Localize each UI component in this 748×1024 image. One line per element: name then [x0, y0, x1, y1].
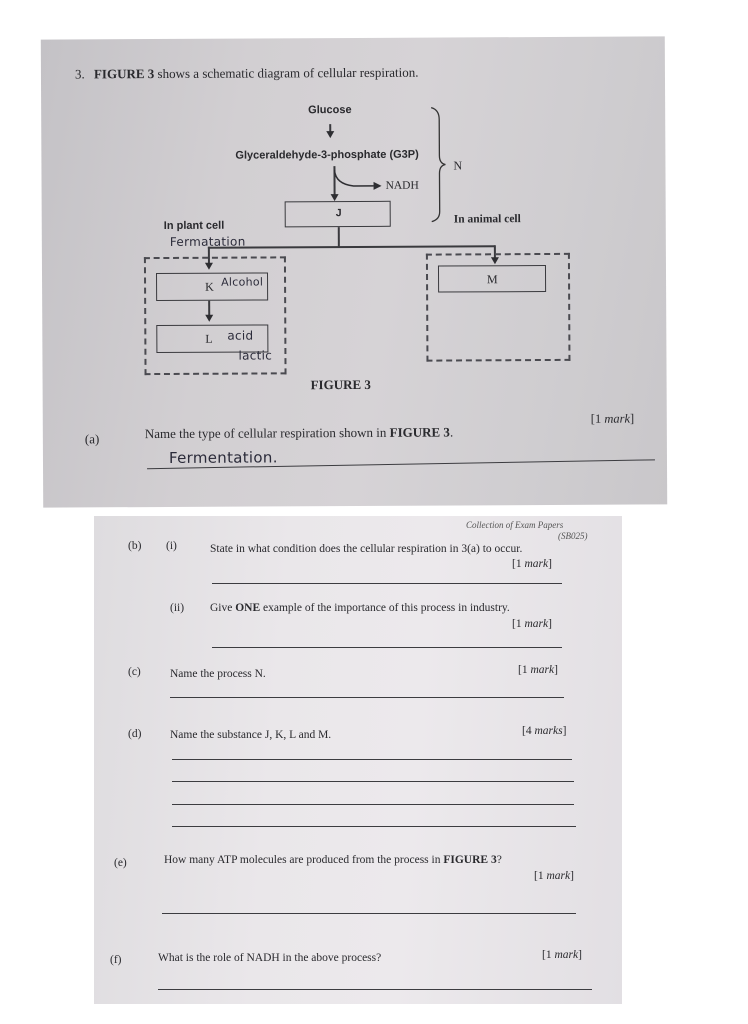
- part-a-text: Name the type of cellular respiration sh…: [145, 425, 390, 441]
- nadh-label: NADH: [386, 180, 419, 192]
- part-f-label: (f): [110, 954, 122, 966]
- part-a-handwritten-answer: Fermentation.: [169, 448, 278, 467]
- nadh-branch-arrow: [333, 168, 383, 192]
- part-b-i-answer-line[interactable]: [212, 583, 562, 584]
- part-c-question: Name the process N.: [170, 668, 266, 680]
- part-a-question: Name the type of cellular respiration sh…: [145, 424, 453, 442]
- part-b-i-question: State in what condition does the cellula…: [210, 543, 522, 555]
- part-b-i-label: (i): [166, 540, 177, 552]
- exam-photo-bottom: Collection of Exam Papers (SB025) (b) (i…: [94, 516, 622, 1004]
- box-j: J: [285, 201, 391, 228]
- bracket-n: [429, 105, 454, 223]
- part-c-marks: [1 mark]: [518, 664, 558, 676]
- part-b-label: (b): [128, 540, 141, 552]
- part-a-text-end: .: [450, 424, 453, 439]
- part-e-marks: [1 mark]: [534, 870, 574, 882]
- part-d-answer-line-4[interactable]: [172, 826, 576, 827]
- part-a-label: (a): [85, 431, 100, 447]
- part-b-ii-label: (ii): [170, 602, 184, 614]
- j-down-line: [338, 227, 340, 247]
- part-b-i-marks: [1 mark]: [512, 558, 552, 570]
- handwritten-lactic-note: lactic: [238, 348, 272, 362]
- part-e-question: How many ATP molecules are produced from…: [164, 854, 502, 866]
- figure-ref: FIGURE 3: [94, 66, 154, 81]
- box-l-label: L: [205, 332, 212, 347]
- header-collection: Collection of Exam Papers: [466, 520, 563, 530]
- figure-caption: FIGURE 3: [311, 377, 371, 393]
- arrow-glucose-head: [326, 131, 334, 138]
- part-a-figure-ref: FIGURE 3: [390, 425, 450, 440]
- plant-cell-label: In plant cell: [164, 220, 225, 232]
- question-number: 3.: [75, 66, 85, 81]
- part-f-marks: [1 mark]: [542, 949, 582, 961]
- part-d-answer-line-1[interactable]: [172, 759, 572, 760]
- part-d-answer-line-3[interactable]: [172, 804, 574, 805]
- part-b-ii-answer-line[interactable]: [212, 647, 562, 648]
- box-k-label: K: [205, 280, 214, 295]
- respiration-diagram: Glucose Glyceraldehyde-3-phosphate (G3P)…: [41, 36, 665, 39]
- part-a-marks: [1 mark]: [591, 412, 634, 427]
- part-d-label: (d): [128, 728, 141, 740]
- box-k: K Alcohol: [156, 272, 268, 301]
- box-m-label: M: [487, 272, 498, 287]
- branch-horizontal-line: [208, 245, 495, 248]
- glucose-label: Glucose: [308, 104, 351, 116]
- part-d-marks: [4 marks]: [522, 725, 566, 737]
- part-c-label: (c): [128, 666, 141, 678]
- part-e-label: (e): [114, 857, 127, 869]
- part-f-question: What is the role of NADH in the above pr…: [158, 952, 381, 964]
- handwritten-k-note: Alcohol: [221, 275, 263, 288]
- box-m: M: [438, 265, 546, 293]
- part-b-ii-marks: [1 mark]: [512, 618, 552, 630]
- part-f-answer-line[interactable]: [158, 989, 592, 990]
- bracket-n-label: N: [453, 158, 462, 173]
- question-intro: 3. FIGURE 3 shows a schematic diagram of…: [75, 65, 419, 83]
- animal-cell-label: In animal cell: [454, 213, 521, 225]
- exam-photo-top: 3. FIGURE 3 shows a schematic diagram of…: [41, 36, 667, 507]
- part-c-answer-line[interactable]: [170, 697, 564, 698]
- part-d-answer-line-2[interactable]: [172, 781, 574, 782]
- part-b-ii-question: Give ONE example of the importance of th…: [210, 602, 510, 614]
- arrow-g3p-head: [331, 194, 339, 201]
- box-j-label: J: [336, 207, 342, 219]
- part-a: (a) Name the type of cellular respiratio…: [41, 36, 665, 39]
- part-d-question: Name the substance J, K, L and M.: [170, 729, 331, 741]
- arrow-k-l-head: [205, 315, 213, 322]
- question-intro-text: shows a schematic diagram of cellular re…: [154, 65, 418, 81]
- header-code: (SB025): [558, 531, 588, 541]
- part-e-answer-line[interactable]: [162, 913, 576, 914]
- handwritten-l-note: acid: [227, 329, 253, 343]
- g3p-label: Glyceraldehyde-3-phosphate (G3P): [235, 149, 418, 162]
